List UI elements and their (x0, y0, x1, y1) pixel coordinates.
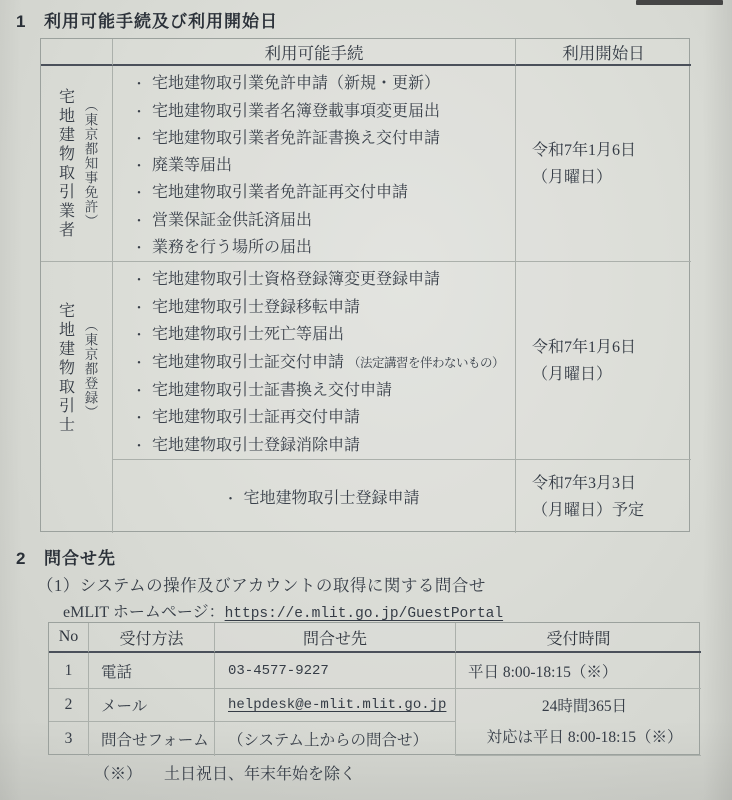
group1-label-main: 宅地建物取引業者 (54, 88, 77, 240)
group2-label-sub: （東京都登録） (80, 318, 100, 420)
group1-start-date: 令和7年1月6日 （月曜日） (516, 66, 691, 262)
contact-row-method: 問合せフォーム (89, 722, 215, 756)
contact-header-hours: 受付時間 (456, 623, 701, 653)
start-date-line1: 令和7年3月3日 (532, 470, 691, 497)
contact-hours-merged: 24時間365日 対応は平日 8:00-18:15（※） (456, 689, 701, 756)
procedure-text: 宅地建物取引士証交付申請 (152, 349, 344, 376)
group2-procedure-list: ・宅地建物取引士資格登録簿変更登録申請 ・宅地建物取引士登録移転申請 ・宅地建物… (113, 262, 516, 460)
phone-number: 03-4577-9227 (228, 663, 329, 679)
list-item: ・宅地建物取引士登録申請 (217, 489, 419, 509)
contact-phone-cell: 03-4577-9227 (215, 653, 456, 689)
list-item: ・業務を行う場所の届出 (126, 234, 511, 261)
contact-header-no: No (49, 623, 89, 653)
group1-label-sub: （東京都知事免許） (80, 98, 100, 229)
bullet-icon: ・ (217, 489, 243, 509)
extra-row-start-date: 令和7年3月3日 （月曜日）予定 (516, 460, 691, 533)
hours-line1: 24時間365日 (542, 697, 627, 717)
section2-sub-heading: （1）システムの操作及びアカウントの取得に関する問合せ (37, 572, 486, 596)
contact-row-no: 1 (49, 653, 89, 689)
procedure-text: 廃業等届出 (152, 152, 232, 179)
contact-row-no: 2 (49, 689, 89, 722)
procedure-text: 宅地建物取引士資格登録簿変更登録申請 (152, 266, 440, 293)
contact-table: No 受付方法 問合せ先 受付時間 1 電話 03-4577-9227 平日 8… (48, 622, 700, 755)
group2-start-date: 令和7年1月6日 （月曜日） (516, 262, 691, 460)
contact-row-method: メール (89, 689, 215, 722)
procedure-text: 宅地建物取引業者免許証再交付申請 (152, 179, 408, 206)
group1-procedure-list: ・宅地建物取引業免許申請（新規・更新） ・宅地建物取引業者名簿登載事項変更届出 … (113, 66, 516, 262)
contact-row-no: 3 (49, 722, 89, 756)
list-item: ・営業保証金供託済届出 (126, 207, 511, 234)
group2-label-main: 宅地建物取引士 (54, 302, 77, 435)
procedure-text: 宅地建物取引業免許申請（新規・更新） (152, 70, 440, 97)
bullet-icon: ・ (126, 432, 152, 459)
bullet-icon: ・ (126, 404, 152, 431)
start-date-line2: （月曜日）予定 (532, 497, 691, 524)
procedure-text: 宅地建物取引士登録移転申請 (152, 294, 360, 321)
procedure-note: （法定講習を伴わないもの） (348, 350, 504, 377)
footnote: （※）土日祝日、年末年始を除く (94, 761, 356, 784)
section1-heading: 1利用可能手続及び利用開始日 (14, 7, 278, 32)
procedure-text: 業務を行う場所の届出 (152, 234, 312, 261)
section1-number: 1 (14, 12, 44, 32)
start-date-line2: （月曜日） (532, 164, 691, 191)
list-item: ・宅地建物取引士資格登録簿変更登録申請 (126, 266, 511, 293)
bullet-icon: ・ (126, 377, 152, 404)
bullet-icon: ・ (126, 294, 152, 321)
procedure-text: 営業保証金供託済届出 (152, 207, 312, 234)
procedures-column-header: 利用可能手続 (113, 39, 516, 66)
list-item: ・宅地建物取引業者免許証再交付申請 (126, 179, 511, 206)
procedure-text: 宅地建物取引士死亡等届出 (152, 321, 344, 348)
bullet-icon: ・ (126, 266, 152, 293)
homepage-label: eMLIT ホームページ： (63, 604, 225, 621)
procedure-text: 宅地建物取引士証書換え交付申請 (152, 377, 392, 404)
group1-row-label: 宅地建物取引業者 （東京都知事免許） (41, 66, 113, 262)
start-date-line1: 令和7年1月6日 (532, 334, 691, 361)
group2-row-label: 宅地建物取引士 （東京都登録） (41, 262, 113, 533)
list-item: ・宅地建物取引士証交付申請（法定講習を伴わないもの） (126, 349, 511, 377)
contact-header-method: 受付方法 (89, 623, 215, 653)
list-item: ・宅地建物取引士証再交付申請 (126, 404, 511, 431)
section2-heading: 2問合せ先 (14, 544, 116, 569)
homepage-url-link: https://e.mlit.go.jp/GuestPortal (225, 606, 503, 622)
procedure-text: 宅地建物取引士証再交付申請 (152, 404, 360, 431)
bullet-icon: ・ (126, 70, 152, 97)
photo-edge-artifact (636, 0, 723, 5)
procedure-text: 宅地建物取引士登録申請 (243, 489, 419, 509)
extra-row-procedure: ・宅地建物取引士登録申請 (113, 460, 516, 533)
bullet-icon: ・ (126, 207, 152, 234)
email-address: helpdesk@e-mlit.mlit.go.jp (228, 697, 446, 713)
contact-hours-row1: 平日 8:00-18:15（※） (456, 653, 701, 689)
footnote-text: 土日祝日、年末年始を除く (164, 766, 356, 783)
bullet-icon: ・ (126, 152, 152, 179)
contact-header-contact: 問合せ先 (215, 623, 456, 653)
list-item: ・廃業等届出 (126, 152, 511, 179)
list-item: ・宅地建物取引業者名簿登載事項変更届出 (126, 98, 511, 125)
bullet-icon: ・ (126, 98, 152, 125)
procedure-text: 宅地建物取引士登録消除申請 (152, 432, 360, 459)
list-item: ・宅地建物取引業免許申請（新規・更新） (126, 70, 511, 97)
contact-form-cell: （システム上からの問合せ） (215, 722, 456, 756)
bullet-icon: ・ (126, 349, 152, 376)
contact-email-cell: helpdesk@e-mlit.mlit.go.jp (215, 689, 456, 722)
list-item: ・宅地建物取引士登録移転申請 (126, 294, 511, 321)
bullet-icon: ・ (126, 234, 152, 261)
bullet-icon: ・ (126, 179, 152, 206)
list-item: ・宅地建物取引士死亡等届出 (126, 321, 511, 348)
section1-title: 利用可能手続及び利用開始日 (44, 12, 278, 31)
homepage-line: eMLIT ホームページ：https://e.mlit.go.jp/GuestP… (63, 599, 503, 622)
bullet-icon: ・ (126, 125, 152, 152)
start-date-column-header: 利用開始日 (516, 39, 691, 66)
start-date-line1: 令和7年1月6日 (532, 137, 691, 164)
procedure-text: 宅地建物取引業者免許証書換え交付申請 (152, 125, 440, 152)
procedure-text: 宅地建物取引業者名簿登載事項変更届出 (152, 98, 440, 125)
procedures-table-header-empty (41, 39, 113, 66)
section2-title: 問合せ先 (44, 549, 116, 568)
hours-line2: 対応は平日 8:00-18:15（※） (487, 728, 683, 748)
bullet-icon: ・ (126, 321, 152, 348)
section2-number: 2 (14, 549, 44, 569)
list-item: ・宅地建物取引士証書換え交付申請 (126, 377, 511, 404)
contact-row-method: 電話 (89, 653, 215, 689)
procedures-table: 利用可能手続 利用開始日 宅地建物取引業者 （東京都知事免許） ・宅地建物取引業… (40, 38, 690, 532)
list-item: ・宅地建物取引業者免許証書換え交付申請 (126, 125, 511, 152)
footnote-marker: （※） (94, 766, 142, 783)
list-item: ・宅地建物取引士登録消除申請 (126, 432, 511, 459)
start-date-line2: （月曜日） (532, 361, 691, 388)
